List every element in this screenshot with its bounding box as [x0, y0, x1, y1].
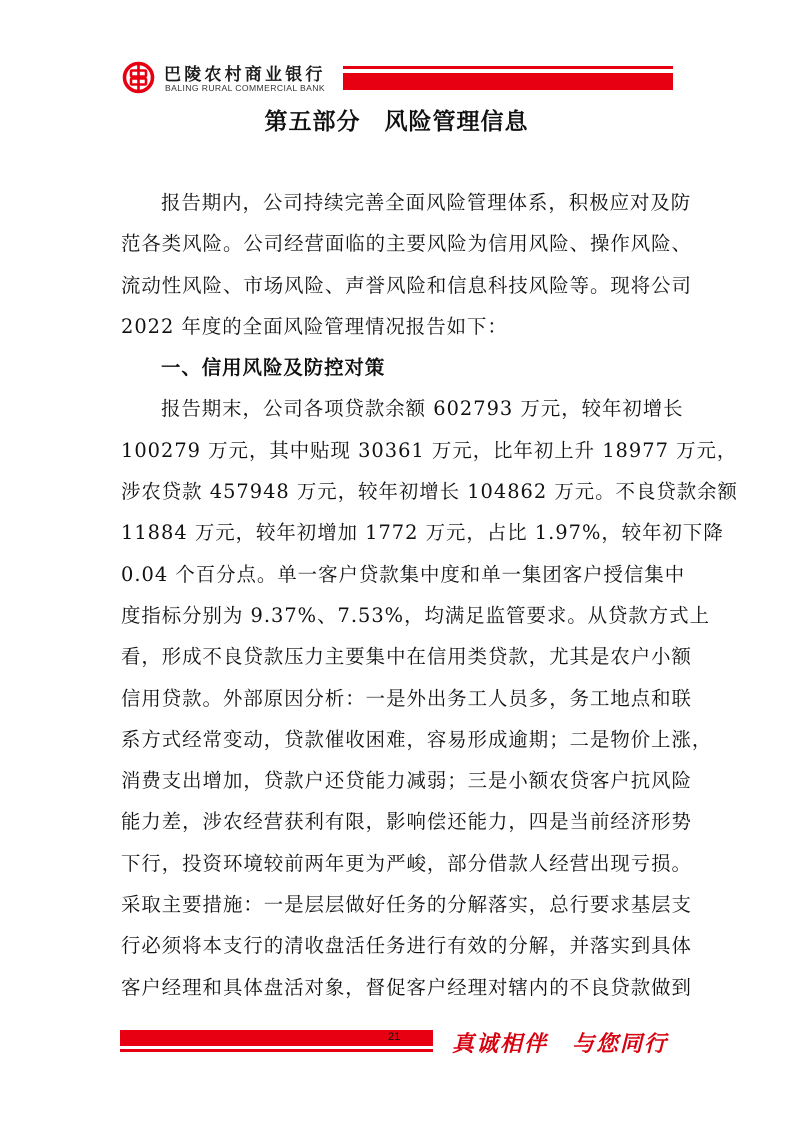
paragraph-line: 报告期内，公司持续完善全面风险管理体系，积极应对及防 [121, 182, 674, 223]
footer-slogan: 真诚相伴 与您同行 [452, 1027, 668, 1058]
paragraph-line: 11884 万元，较年初增加 1772 万元，占比 1.97%，较年初下降 [121, 512, 674, 553]
paragraph-line: 100279 万元，其中贴现 30361 万元，比年初上升 18977 万元， [121, 430, 674, 471]
header-rule-thick [343, 73, 673, 90]
paragraph-line: 信用贷款。外部原因分析：一是外出务工人员多，务工地点和联 [121, 678, 674, 719]
paragraph-line: 范各类风险。公司经营面临的主要风险为信用风险、操作风险、 [121, 223, 674, 264]
subsection-heading: 一、信用风险及防控对策 [121, 347, 674, 388]
paragraph-line: 看，形成不良贷款压力主要集中在信用类贷款，尤其是农户小额 [121, 636, 674, 677]
paragraph-line: 度指标分别为 9.37%、7.53%，均满足监管要求。从贷款方式上 [121, 595, 674, 636]
paragraph-line: 涉农贷款 457948 万元，较年初增长 104862 万元。不良贷款余额 [121, 471, 674, 512]
section-title: 第五部分 风险管理信息 [0, 103, 793, 136]
paragraph-line: 流动性风险、市场风险、声誉风险和信息科技风险等。现将公司 [121, 265, 674, 306]
paragraph-line: 下行，投资环境较前两年更为严峻，部分借款人经营出现亏损。 [121, 843, 674, 884]
bank-logo-icon [122, 61, 155, 94]
bank-name-en: BALING RURAL COMMERCIAL BANK [165, 83, 325, 93]
paragraph-line: 报告期末，公司各项贷款余额 602793 万元，较年初增长 [121, 388, 674, 429]
bank-name-cn: 巴陵农村商业银行 [164, 60, 326, 85]
footer-rule-thick [120, 1030, 433, 1046]
page-number: 21 [388, 1031, 400, 1043]
paragraph-line: 系方式经常变动，贷款催收困难，容易形成逾期；二是物价上涨， [121, 719, 674, 760]
paragraph-line: 采取主要措施：一是层层做好任务的分解落实，总行要求基层支 [121, 884, 674, 925]
paragraph-line: 客户经理和具体盘活对象，督促客户经理对辖内的不良贷款做到 [121, 967, 674, 1008]
paragraph-line: 2022 年度的全面风险管理情况报告如下： [121, 306, 674, 347]
document-body: 报告期内，公司持续完善全面风险管理体系，积极应对及防 范各类风险。公司经营面临的… [121, 182, 674, 1008]
paragraph-line: 行必须将本支行的清收盘活任务进行有效的分解，并落实到具体 [121, 925, 674, 966]
header-rule-thin [343, 66, 673, 69]
footer-rule-thin [120, 1049, 433, 1052]
paragraph-line: 能力差，涉农经营获利有限，影响偿还能力，四是当前经济形势 [121, 801, 674, 842]
paragraph-line: 0.04 个百分点。单一客户贷款集中度和单一集团客户授信集中 [121, 554, 674, 595]
paragraph-line: 消费支出增加，贷款户还贷能力减弱；三是小额农贷客户抗风险 [121, 760, 674, 801]
